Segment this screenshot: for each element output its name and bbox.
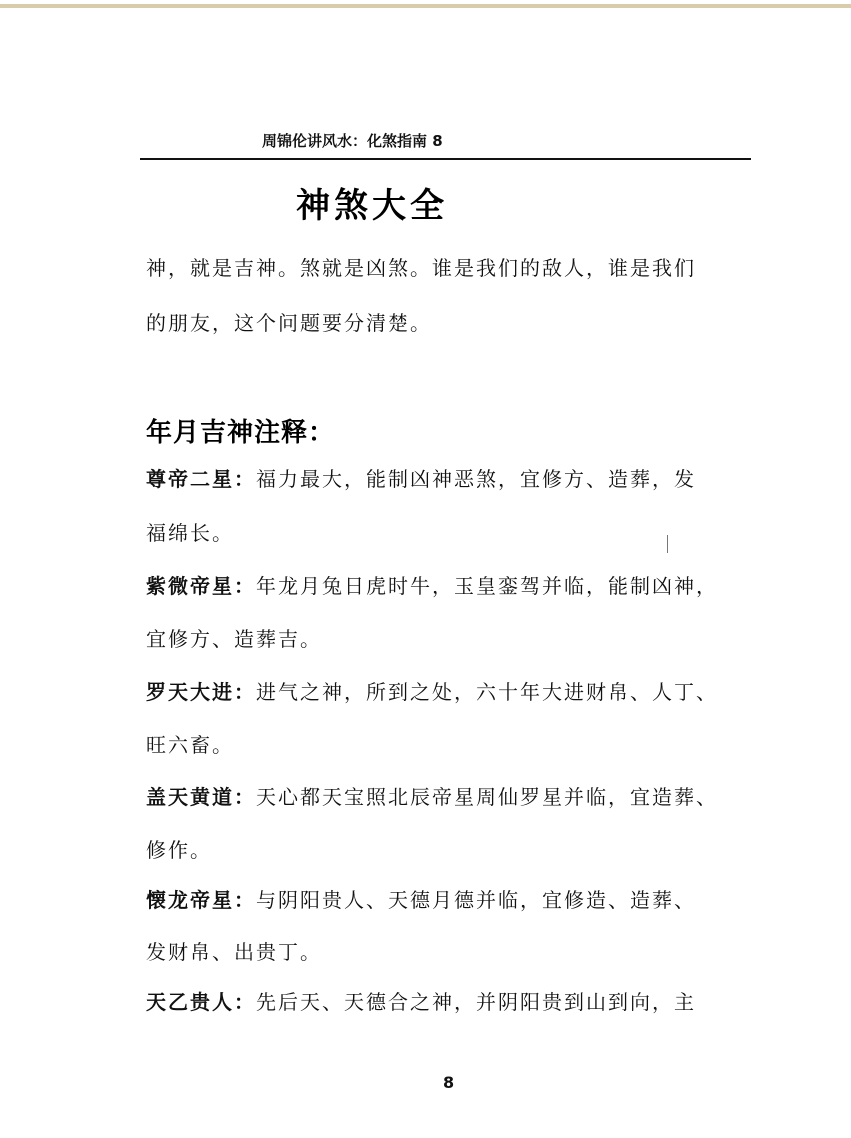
page-number: 8 (443, 1073, 454, 1092)
header-rule (140, 158, 751, 160)
entry-line: 旺六畜。 (146, 731, 756, 759)
entry-term: 盖天黄道： (146, 785, 256, 809)
entry-line: 修作。 (146, 836, 756, 864)
entry-line: 紫微帝星：年龙月兔日虎时牛，玉皇銮驾并临，能制凶神， (146, 572, 756, 600)
entry-line: 盖天黄道：天心都天宝照北辰帝星周仙罗星并临，宜造葬、 (146, 783, 756, 811)
entry-text: 先后天、天德合之神，并阴阳贵到山到向，主 (256, 990, 696, 1014)
entry-text: 年龙月兔日虎时牛，玉皇銮驾并临，能制凶神， (256, 574, 718, 598)
entry-line: 宜修方、造葬吉。 (146, 625, 756, 653)
top-border-band (0, 4, 851, 8)
entry-term: 罗天大进： (146, 680, 256, 704)
entry-line: 尊帝二星：福力最大，能制凶神恶煞，宜修方、造葬，发 (146, 465, 756, 493)
running-header: 周锦伦讲风水：化煞指南 8 (262, 130, 443, 151)
entry-line: 罗天大进：进气之神，所到之处，六十年大进财帛、人丁、 (146, 678, 756, 706)
entry-term: 紫微帝星： (146, 574, 256, 598)
entry-term: 尊帝二星： (146, 467, 256, 491)
entry-term: 天乙贵人： (146, 990, 256, 1014)
intro-line-2: 的朋友，这个问题要分清楚。 (146, 309, 756, 337)
page-title: 神煞大全 (296, 178, 448, 227)
entry-text: 进气之神，所到之处，六十年大进财帛、人丁、 (256, 680, 718, 704)
entry-text: 福力最大，能制凶神恶煞，宜修方、造葬，发 (256, 467, 696, 491)
entry-line: 懐龙帝星：与阴阳贵人、天德月德并临，宜修造、造葬、 (146, 886, 756, 914)
entry-text: 与阴阳贵人、天德月德并临，宜修造、造葬、 (256, 888, 696, 912)
entry-line: 天乙贵人：先后天、天德合之神，并阴阳贵到山到向，主 (146, 988, 756, 1016)
section-heading: 年月吉神注释： (146, 412, 335, 449)
entry-term: 懐龙帝星： (146, 888, 256, 912)
scan-artifact (667, 535, 668, 553)
entry-text: 天心都天宝照北辰帝星周仙罗星并临，宜造葬、 (256, 785, 718, 809)
entry-line: 发财帛、出贵丁。 (146, 938, 756, 966)
intro-line-1: 神，就是吉神。煞就是凶煞。谁是我们的敌人，谁是我们 (146, 254, 756, 282)
entry-line: 福绵长。 (146, 519, 756, 547)
